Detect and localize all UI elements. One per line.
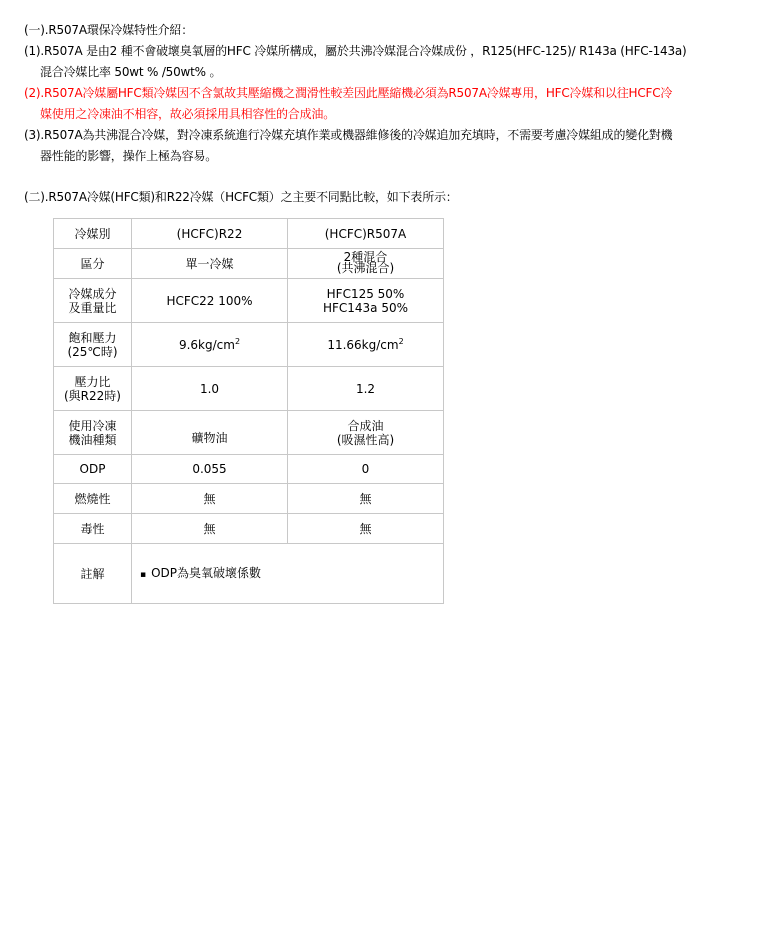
cell-value: 礦物油 bbox=[191, 431, 227, 445]
table-row: 區分 單一冷媒 2種混合 (共沸混合) bbox=[54, 249, 444, 279]
label-line: 冷媒成分 bbox=[68, 287, 116, 301]
cell-r22: 0.055 bbox=[132, 455, 288, 484]
row-label: 區分 bbox=[54, 249, 132, 279]
cell-r507a: 1.2 bbox=[288, 367, 444, 411]
row-label: 毒性 bbox=[54, 514, 132, 544]
cell-r507a: 無 bbox=[288, 514, 444, 544]
label-line: 機油種類 bbox=[68, 433, 116, 447]
item-2-highlighted: (2).R507A冷媒屬HFC類冷媒因不含氯故其壓縮機之潤滑性較差因此壓縮機必須… bbox=[24, 83, 739, 125]
header-r507a: (HCFC)R507A bbox=[288, 219, 444, 249]
cell-line: (共沸混合) bbox=[337, 261, 394, 275]
table-note-row: 註解 ▪ODP為臭氧破壞係數 bbox=[54, 544, 444, 604]
item-1-line-1: (1).R507A 是由2 種不會破壞臭氧層的HFC 冷媒所構成，屬於共沸冷媒混… bbox=[24, 41, 739, 62]
row-label: 飽和壓力 (25℃時) bbox=[54, 323, 132, 367]
item-2-line-2: 媒使用之冷凍油不相容，故必須採用具相容性的合成油。 bbox=[24, 104, 739, 125]
row-label: 燃燒性 bbox=[54, 484, 132, 514]
label-line: 壓力比 bbox=[74, 375, 110, 389]
row-label: 冷媒成分 及重量比 bbox=[54, 279, 132, 323]
item-2-line-1: (2).R507A冷媒屬HFC類冷媒因不含氯故其壓縮機之潤滑性較差因此壓縮機必須… bbox=[24, 83, 739, 104]
table-row: 壓力比 (與R22時) 1.0 1.2 bbox=[54, 367, 444, 411]
cell-value: 9.6kg/cm bbox=[179, 338, 235, 352]
label-line: (與R22時) bbox=[64, 389, 121, 403]
table-row: 燃燒性 無 無 bbox=[54, 484, 444, 514]
row-label: 使用冷凍 機油種類 bbox=[54, 411, 132, 455]
cell-r507a: 合成油 (吸濕性高) bbox=[288, 411, 444, 455]
table-row: 毒性 無 無 bbox=[54, 514, 444, 544]
cell-r507a: HFC125 50% HFC143a 50% bbox=[288, 279, 444, 323]
label-line: (25℃時) bbox=[67, 345, 117, 359]
cell-line: (吸濕性高) bbox=[337, 433, 394, 447]
superscript: 2 bbox=[235, 337, 240, 346]
section2-heading: (二).R507A冷媒(HFC類)和R22冷媒（HCFC類）之主要不同點比較，如… bbox=[24, 187, 458, 208]
label-line: 飽和壓力 bbox=[68, 331, 116, 345]
table-row: 使用冷凍 機油種類 礦物油 合成油 (吸濕性高) bbox=[54, 411, 444, 455]
header-label: 冷媒別 bbox=[54, 219, 132, 249]
section1-heading: (一).R507A環保冷媒特性介紹： bbox=[24, 20, 739, 41]
label-line: 及重量比 bbox=[68, 301, 116, 315]
table-row: ODP 0.055 0 bbox=[54, 455, 444, 484]
cell-r22: 無 bbox=[132, 484, 288, 514]
note-content: ▪ODP為臭氧破壞係數 bbox=[132, 544, 444, 604]
table-row: 飽和壓力 (25℃時) 9.6kg/cm2 11.66kg/cm2 bbox=[54, 323, 444, 367]
cell-r507a: 2種混合 (共沸混合) bbox=[288, 249, 444, 279]
note-text: ODP為臭氧破壞係數 bbox=[151, 566, 261, 580]
item-3-line-1: (3).R507A為共沸混合冷媒，對冷凍系統進行冷媒充填作業或機器維修後的冷媒追… bbox=[24, 125, 739, 146]
item-1: (1).R507A 是由2 種不會破壞臭氧層的HFC 冷媒所構成，屬於共沸冷媒混… bbox=[24, 41, 739, 83]
comparison-table: 冷媒別 (HCFC)R22 (HCFC)R507A 區分 單一冷媒 2種混合 (… bbox=[53, 218, 444, 604]
cell-r507a: 無 bbox=[288, 484, 444, 514]
table-row: 冷媒成分 及重量比 HCFC22 100% HFC125 50% HFC143a… bbox=[54, 279, 444, 323]
cell-r22: 單一冷媒 bbox=[132, 249, 288, 279]
superscript: 2 bbox=[399, 337, 404, 346]
cell-r22: 9.6kg/cm2 bbox=[132, 323, 288, 367]
cell-r507a: 0 bbox=[288, 455, 444, 484]
cell-r22: HCFC22 100% bbox=[132, 279, 288, 323]
row-label: 壓力比 (與R22時) bbox=[54, 367, 132, 411]
row-label: ODP bbox=[54, 455, 132, 484]
cell-line: 合成油 bbox=[347, 419, 383, 433]
header-r22: (HCFC)R22 bbox=[132, 219, 288, 249]
label-line: 使用冷凍 bbox=[68, 419, 116, 433]
note-label: 註解 bbox=[54, 544, 132, 604]
cell-r507a: 11.66kg/cm2 bbox=[288, 323, 444, 367]
cell-line: HFC125 50% bbox=[327, 287, 405, 301]
cell-r22: 無 bbox=[132, 514, 288, 544]
table-header-row: 冷媒別 (HCFC)R22 (HCFC)R507A bbox=[54, 219, 444, 249]
bullet-icon: ▪ bbox=[140, 570, 146, 580]
cell-r22: 礦物油 bbox=[132, 411, 288, 455]
cell-value: 11.66kg/cm bbox=[327, 338, 398, 352]
cell-r22: 1.0 bbox=[132, 367, 288, 411]
item-3-line-2: 器性能的影響，操作上極為容易。 bbox=[24, 146, 739, 167]
item-3: (3).R507A為共沸混合冷媒，對冷凍系統進行冷媒充填作業或機器維修後的冷媒追… bbox=[24, 125, 739, 167]
document-body: (一).R507A環保冷媒特性介紹： (1).R507A 是由2 種不會破壞臭氧… bbox=[24, 20, 739, 167]
cell-line: HFC143a 50% bbox=[323, 301, 408, 315]
item-1-line-2: 混合冷媒比率 50wt % /50wt% 。 bbox=[24, 62, 739, 83]
